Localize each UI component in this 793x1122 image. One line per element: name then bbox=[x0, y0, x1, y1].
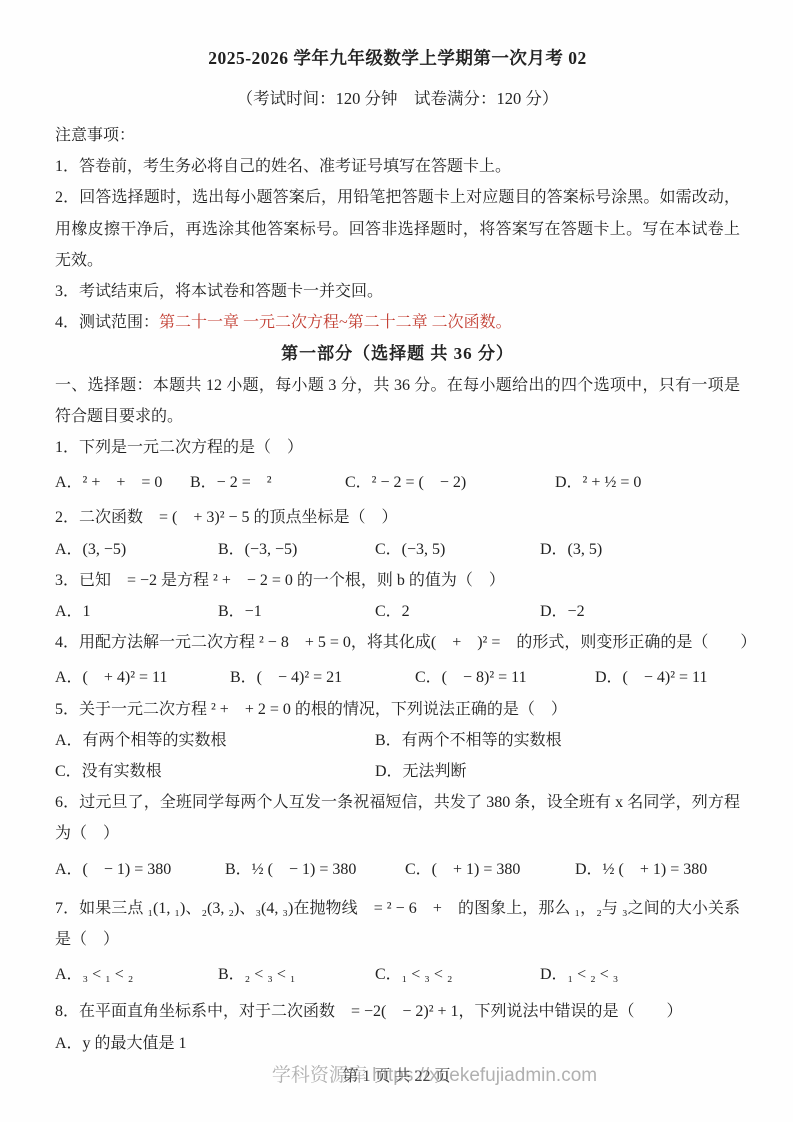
page-content: 2025-2026 学年九年级数学上学期第一次月考 02 （考试时间：120 分… bbox=[0, 0, 793, 1059]
question-7-text: 7．如果三点 ₁(1, ₁)、₂(3, ₂)、₃(4, ₃)在抛物线 = ² −… bbox=[55, 893, 740, 955]
question-8-text: 8．在平面直角坐标系中，对于二次函数 = −2( − 2)² + 1，下列说法中… bbox=[55, 996, 740, 1027]
option-c: C．( + 1) = 380 bbox=[405, 854, 575, 885]
question-4-options: A．( + 4)² = 11 B．( − 4)² = 21 C．( − 8)² … bbox=[55, 662, 740, 693]
page-title: 2025-2026 学年九年级数学上学期第一次月考 02 bbox=[55, 44, 740, 72]
choice-section-intro: 一、选择题：本题共 12 小题，每小题 3 分，共 36 分。在每小题给出的四个… bbox=[55, 370, 740, 432]
question-3-text: 3．已知 = −2 是方程 ² + − 2 = 0 的一个根，则 b 的值为（ … bbox=[55, 565, 740, 596]
notice-item-1: 1．答卷前，考生务必将自己的姓名、准考证号填写在答题卡上。 bbox=[55, 151, 740, 182]
page-number: 第 1 页 共 22 页 bbox=[342, 1066, 450, 1088]
option-a: A．有两个相等的实数根 bbox=[55, 725, 375, 756]
option-a: A．( − 1) = 380 bbox=[55, 854, 225, 885]
option-b: B．− 2 = ² bbox=[190, 467, 345, 498]
option-b: B．½ ( − 1) = 380 bbox=[225, 854, 405, 885]
option-d: D．(3, 5) bbox=[540, 534, 602, 565]
notice-label: 注意事项： bbox=[55, 120, 740, 151]
option-d: D．² + ½ = 0 bbox=[555, 467, 641, 498]
question-6-options: A．( − 1) = 380 B．½ ( − 1) = 380 C．( + 1)… bbox=[55, 854, 740, 885]
option-d: D．₁ < ₂ < ₃ bbox=[540, 959, 618, 990]
option-a: A．(3, −5) bbox=[55, 534, 218, 565]
question-5-text: 5．关于一元二次方程 ² + + 2 = 0 的根的情况，下列说法正确的是（ ） bbox=[55, 694, 740, 725]
question-2-options: A．(3, −5) B．(−3, −5) C．(−3, 5) D．(3, 5) bbox=[55, 534, 740, 565]
question-6-text: 6．过元旦了，全班同学每两个人互发一条祝福短信，共发了 380 条，设全班有 x… bbox=[55, 787, 740, 849]
option-d: D．½ ( + 1) = 380 bbox=[575, 854, 707, 885]
question-5-options-row-2: C．没有实数根 D．无法判断 bbox=[55, 756, 740, 787]
question-3-options: A．1 B．−1 C．2 D．−2 bbox=[55, 596, 740, 627]
option-c: C．² − 2 = ( − 2) bbox=[345, 467, 555, 498]
option-a: A．² + + = 0 bbox=[55, 467, 190, 498]
question-5-options-row-1: A．有两个相等的实数根 B．有两个不相等的实数根 bbox=[55, 725, 740, 756]
question-1-text: 1．下列是一元二次方程的是（ ） bbox=[55, 432, 740, 463]
option-b: B．−1 bbox=[218, 596, 375, 627]
option-b: B．有两个不相等的实数根 bbox=[375, 725, 562, 756]
question-2-text: 2．二次函数 = ( + 3)² − 5 的顶点坐标是（ ） bbox=[55, 502, 740, 533]
exam-paper-page: 2025-2026 学年九年级数学上学期第一次月考 02 （考试时间：120 分… bbox=[0, 0, 793, 1122]
notice-item-2: 2．回答选择题时，选出每小题答案后，用铅笔把答题卡上对应题目的答案标号涂黑。如需… bbox=[55, 182, 740, 276]
question-1-options: A．² + + = 0 B．− 2 = ² C．² − 2 = ( − 2) D… bbox=[55, 467, 740, 498]
option-c: C．₁ < ₃ < ₂ bbox=[375, 959, 540, 990]
notice-item-4: 4．测试范围：第二十一章 一元二次方程~第二十二章 二次函数。 bbox=[55, 307, 740, 338]
option-c: C．2 bbox=[375, 596, 540, 627]
question-7-options: A．₃ < ₁ < ₂ B．₂ < ₃ < ₁ C．₁ < ₃ < ₂ D．₁ … bbox=[55, 959, 740, 990]
test-scope-text: 第二十一章 一元二次方程~第二十二章 二次函数。 bbox=[159, 314, 512, 331]
option-b: B．( − 4)² = 21 bbox=[230, 662, 415, 693]
notice-item-3: 3．考试结束后，将本试卷和答题卡一并交回。 bbox=[55, 276, 740, 307]
option-d: D．( − 4)² = 11 bbox=[595, 662, 707, 693]
option-d: D．−2 bbox=[540, 596, 585, 627]
notice-item-4-label: 4．测试范围： bbox=[55, 314, 159, 331]
option-a: A．1 bbox=[55, 596, 218, 627]
option-b: B．(−3, −5) bbox=[218, 534, 375, 565]
option-b: B．₂ < ₃ < ₁ bbox=[218, 959, 375, 990]
option-d: D．无法判断 bbox=[375, 756, 467, 787]
option-c: C．没有实数根 bbox=[55, 756, 375, 787]
option-c: C．(−3, 5) bbox=[375, 534, 540, 565]
question-4-text: 4．用配方法解一元二次方程 ² − 8 + 5 = 0，将其化成( + )² =… bbox=[55, 627, 740, 658]
option-c: C．( − 8)² = 11 bbox=[415, 662, 595, 693]
question-8-option-a: A．y 的最大值是 1 bbox=[55, 1028, 740, 1059]
option-a: A．( + 4)² = 11 bbox=[55, 662, 230, 693]
section-title: 第一部分（选择题 共 36 分） bbox=[55, 338, 740, 369]
option-a: A．₃ < ₁ < ₂ bbox=[55, 959, 218, 990]
exam-time-score-info: （考试时间：120 分钟 试卷满分：120 分） bbox=[55, 88, 740, 110]
